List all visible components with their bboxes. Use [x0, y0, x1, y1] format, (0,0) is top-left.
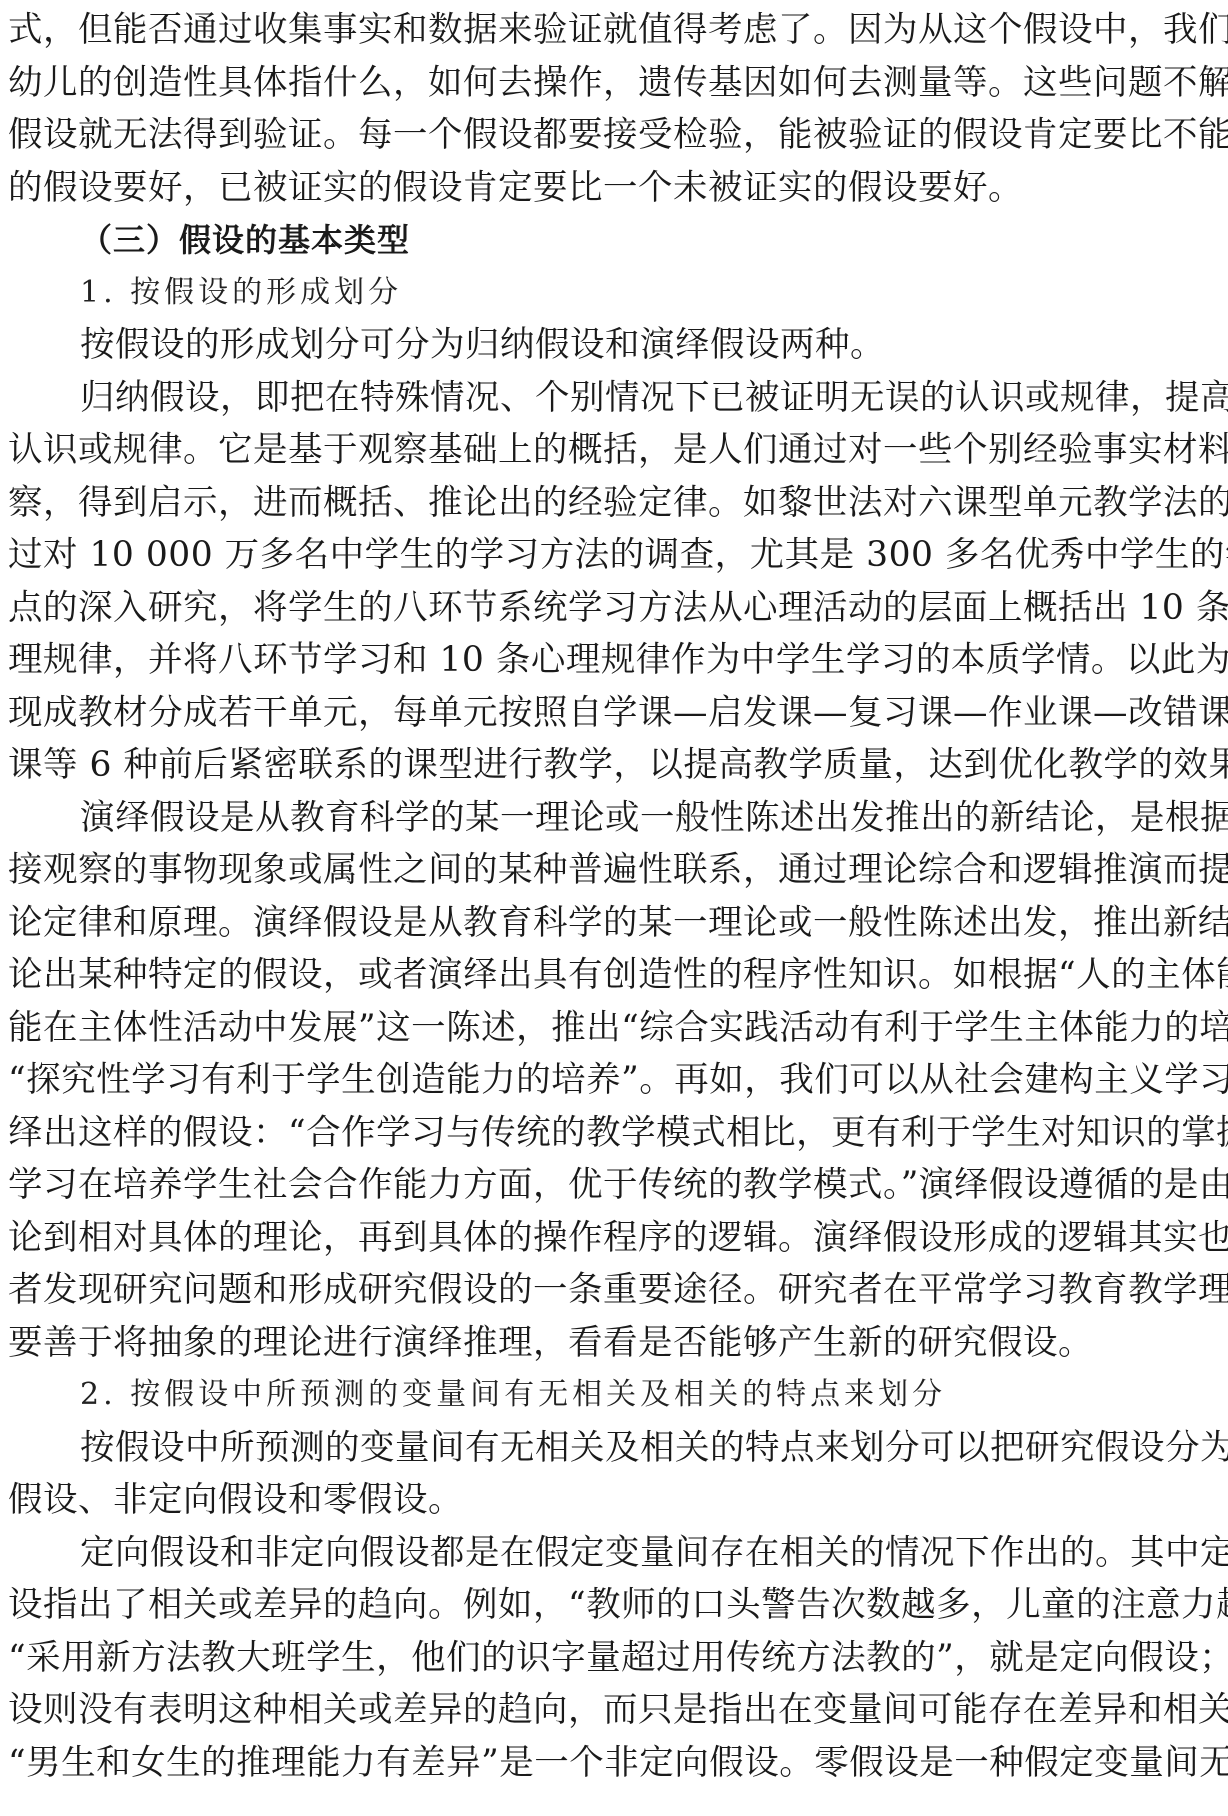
paragraph-line: “采用新方法教大班学生，他们的识字量超过用传统方法教的”，就是定向假设；非定向假: [8, 1632, 1220, 1685]
paragraph-first-line: 归纳假设，即把在特殊情况、个别情况下已被证明无误的认识或规律，提高为一般的: [8, 372, 1220, 425]
subsection-heading: 2. 按假设中所预测的变量间有无相关及相关的特点来划分: [8, 1369, 1220, 1422]
paragraph-first-line: 演绎假设是从教育科学的某一理论或一般性陈述出发推出的新结论，是根据不可直: [8, 792, 1220, 845]
paragraph-line: 点的深入研究，将学生的八环节系统学习方法从心理活动的层面上概括出 10 条学习心: [8, 582, 1220, 635]
paragraph-line: 论定律和原理。演绎假设是从教育科学的某一理论或一般性陈述出发，推出新结论，推: [8, 897, 1220, 950]
paragraph-line: 设则没有表明这种相关或差异的趋向，而只是指出在变量间可能存在差异和相关。例如: [8, 1684, 1220, 1737]
paragraph-first-line: 按假设的形成划分可分为归纳假设和演绎假设两种。: [8, 319, 1220, 372]
paragraph-line: 过对 10 000 万多名中学生的学习方法的调查，尤其是 300 多名优秀中学生…: [8, 529, 1220, 582]
paragraph-line: “男生和女生的推理能力有差异”是一个非定向假设。零假设是一种假定变量间无差异: [8, 1737, 1220, 1790]
paragraph-line: 的假设要好，已被证实的假设肯定要比一个未被证实的假设要好。: [8, 162, 1220, 215]
paragraph-line: 接观察的事物现象或属性之间的某种普遍性联系，通过理论综合和逻辑推演而提出的理: [8, 844, 1220, 897]
paragraph-first-line: 按假设中所预测的变量间有无相关及相关的特点来划分可以把研究假设分为定向: [8, 1422, 1220, 1475]
paragraph-line: 者发现研究问题和形成研究假设的一条重要途径。研究者在平常学习教育教学理论时，: [8, 1264, 1220, 1317]
paragraph-line: 现成教材分成若干单元，每单元按照自学课—启发课—复习课—作业课—改错课—小结: [8, 687, 1220, 740]
paragraph-line: 论出某种特定的假设，或者演绎出具有创造性的程序性知识。如根据“人的主体能力只: [8, 949, 1220, 1002]
paragraph-line: “探究性学习有利于学生创造能力的培养”。再如，我们可以从社会建构主义学习理论演: [8, 1054, 1220, 1107]
paragraph-line: 假设、非定向假设和零假设。: [8, 1474, 1220, 1527]
document-page: 式，但能否通过收集事实和数据来验证就值得考虑了。因为从这个假设中，我们不清楚幼儿…: [8, 4, 1220, 1789]
paragraph-line: 能在主体性活动中发展”这一陈述，推出“综合实践活动有利于学生主体能力的培养”或: [8, 1002, 1220, 1055]
paragraph-line: 理规律，并将八环节学习和 10 条心理规律作为中学生学习的本质学情。以此为依据，…: [8, 634, 1220, 687]
subsection-heading: 1. 按假设的形成划分: [8, 267, 1220, 320]
paragraph-line: 论到相对具体的理论，再到具体的操作程序的逻辑。演绎假设形成的逻辑其实也是研究: [8, 1212, 1220, 1265]
paragraph-first-line: 定向假设和非定向假设都是在假定变量间存在相关的情况下作出的。其中定向假: [8, 1527, 1220, 1580]
paragraph-line: 式，但能否通过收集事实和数据来验证就值得考虑了。因为从这个假设中，我们不清楚: [8, 4, 1220, 57]
section-heading: （三）假设的基本类型: [8, 214, 1220, 267]
paragraph-line: 设指出了相关或差异的趋向。例如，“教师的口头警告次数越多，儿童的注意力越分散”: [8, 1579, 1220, 1632]
paragraph-line: 要善于将抽象的理论进行演绎推理，看看是否能够产生新的研究假设。: [8, 1317, 1220, 1370]
paragraph-line: 幼儿的创造性具体指什么，如何去操作，遗传基因如何去测量等。这些问题不解决，这个: [8, 57, 1220, 110]
paragraph-line: 课等 6 种前后紧密联系的课型进行教学，以提高教学质量，达到优化教学的效果。: [8, 739, 1220, 792]
paragraph-line: 认识或规律。它是基于观察基础上的概括，是人们通过对一些个别经验事实材料的观: [8, 424, 1220, 477]
paragraph-line: 察，得到启示，进而概括、推论出的经验定律。如黎世法对六课型单元教学法的研究，通: [8, 477, 1220, 530]
paragraph-line: 学习在培养学生社会合作能力方面，优于传统的教学模式。”演绎假设遵循的是由抽象理: [8, 1159, 1220, 1212]
paragraph-line: 假设就无法得到验证。每一个假设都要接受检验，能被验证的假设肯定要比不能被验证: [8, 109, 1220, 162]
paragraph-line: 绎出这样的假设：“合作学习与传统的教学模式相比，更有利于学生对知识的掌握；合作: [8, 1107, 1220, 1160]
